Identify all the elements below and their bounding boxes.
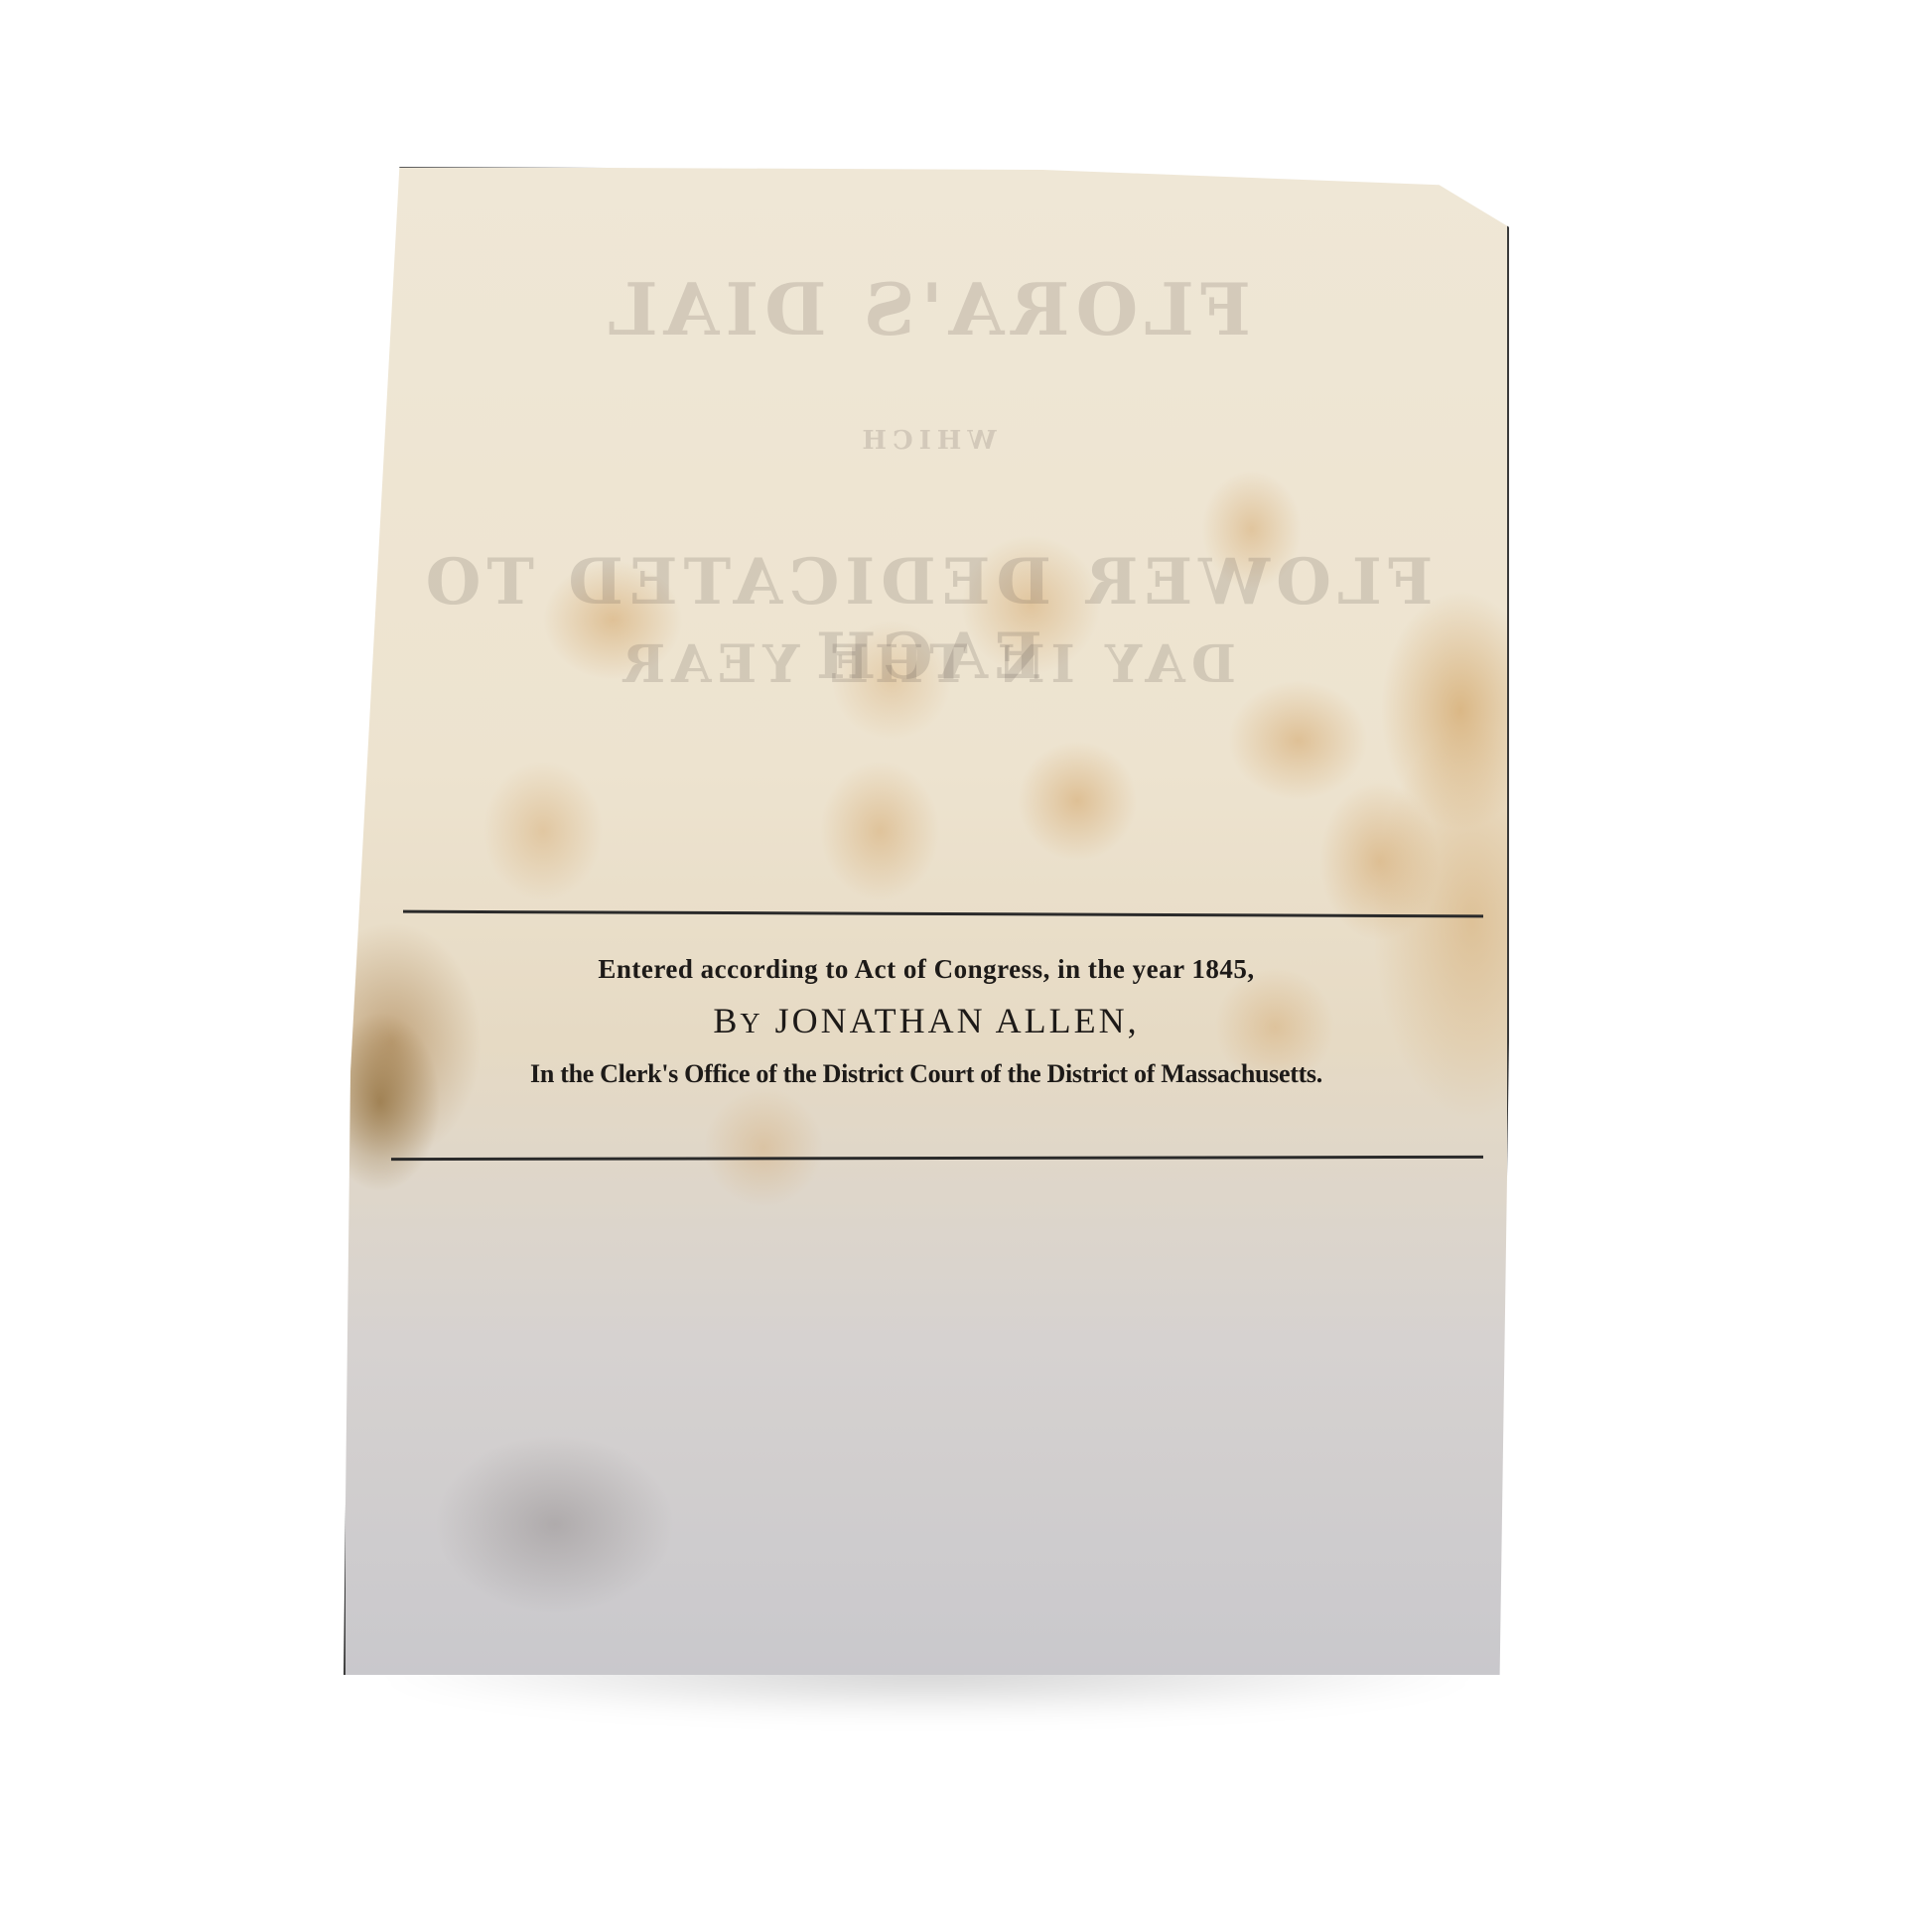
show-through-title: FLORA'S DIAL	[345, 267, 1507, 351]
top-rule-divider	[403, 910, 1483, 918]
show-through-subtitle: WHICH	[345, 426, 1507, 456]
bottom-rule-divider	[391, 1156, 1483, 1161]
copyright-entry-line: Entered according to Act of Congress, in…	[345, 954, 1507, 985]
clerk-office-line: In the Clerk's Office of the District Co…	[345, 1059, 1507, 1089]
show-through-line: DAY IN THE YEAR	[345, 634, 1507, 695]
holder-prefix: B	[713, 1001, 740, 1040]
book-page: FLORA'S DIAL WHICH FLOWER DEDICATED TO E…	[344, 167, 1509, 1675]
holder-name: JONATHAN ALLEN,	[763, 1001, 1140, 1040]
copyright-holder-line: BY JONATHAN ALLEN,	[345, 1000, 1507, 1041]
holder-prefix-smallcaps: Y	[740, 1009, 762, 1039]
